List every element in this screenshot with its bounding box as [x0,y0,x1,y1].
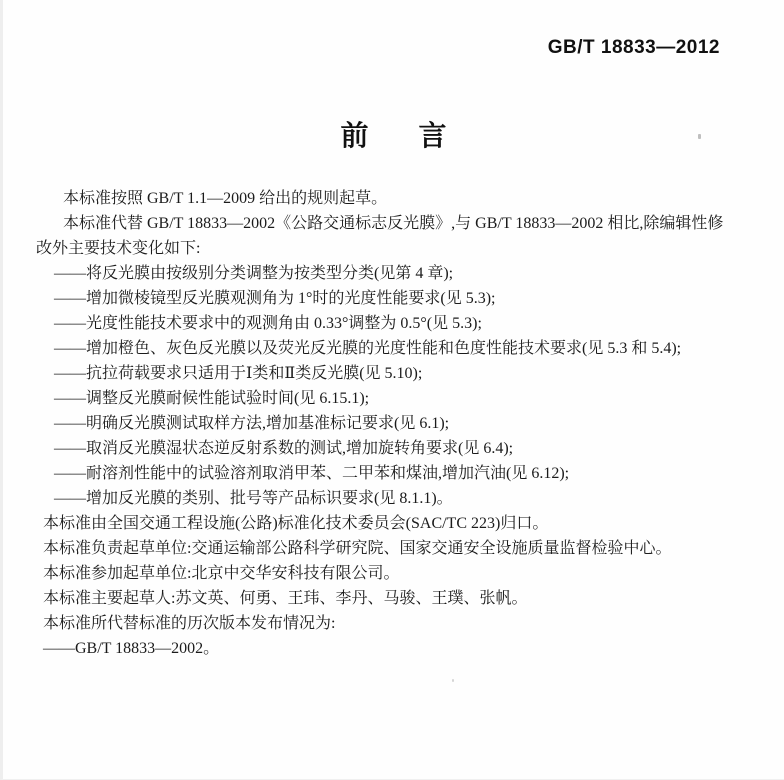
foreword-line: ——耐溶剂性能中的试验溶剂取消甲苯、二甲苯和煤油,增加汽油(见 6.12); [36,461,742,486]
foreword-title: 前 言 [3,114,784,154]
foreword-line: 改外主要技术变化如下: [36,236,742,261]
foreword-line: 本标准参加起草单位:北京中交华安科技有限公司。 [36,561,742,586]
foreword-line: 本标准负责起草单位:交通运输部公路科学研究院、国家交通安全设施质量监督检验中心。 [36,536,742,561]
foreword-line: ——增加橙色、灰色反光膜以及荧光反光膜的光度性能和色度性能技术要求(见 5.3 … [36,336,742,361]
foreword-line: 本标准按照 GB/T 1.1—2009 给出的规则起草。 [36,186,742,211]
foreword-title-char-2: 言 [419,114,447,154]
foreword-line: ——调整反光膜耐候性能试验时间(见 6.15.1); [36,386,742,411]
foreword-line: 本标准代替 GB/T 18833—2002《公路交通标志反光膜》,与 GB/T … [36,211,742,236]
foreword-line: ——增加微棱镜型反光膜观测角为 1°时的光度性能要求(见 5.3); [36,286,742,311]
foreword-body: 本标准按照 GB/T 1.1—2009 给出的规则起草。本标准代替 GB/T 1… [36,186,742,661]
foreword-line: 本标准所代替标准的历次版本发布情况为: [36,611,742,636]
foreword-line: ——明确反光膜测试取样方法,增加基准标记要求(见 6.1); [36,411,742,436]
standard-code-header: GB/T 18833—2012 [548,37,720,59]
foreword-line: ——抗拉荷载要求只适用于Ⅰ类和Ⅱ类反光膜(见 5.10); [36,361,742,386]
foreword-line: ——将反光膜由按级别分类调整为按类型分类(见第 4 章); [36,261,742,286]
scan-speck [698,134,701,139]
foreword-line: ——光度性能技术要求中的观测角由 0.33°调整为 0.5°(见 5.3); [36,311,742,336]
foreword-line: 本标准主要起草人:苏文英、何勇、王玮、李丹、马骏、王璞、张帆。 [36,586,742,611]
foreword-title-char-1: 前 [340,114,368,154]
foreword-line: ——取消反光膜湿状态逆反射系数的测试,增加旋转角要求(见 6.4); [36,436,742,461]
scan-speck [452,679,454,682]
foreword-line: ——增加反光膜的类别、批号等产品标识要求(见 8.1.1)。 [36,486,742,511]
foreword-line: ——GB/T 18833—2002。 [36,636,742,661]
document-page: GB/T 18833—2012 前 言 本标准按照 GB/T 1.1—2009 … [0,0,784,780]
foreword-line: 本标准由全国交通工程设施(公路)标准化技术委员会(SAC/TC 223)归口。 [36,511,742,536]
